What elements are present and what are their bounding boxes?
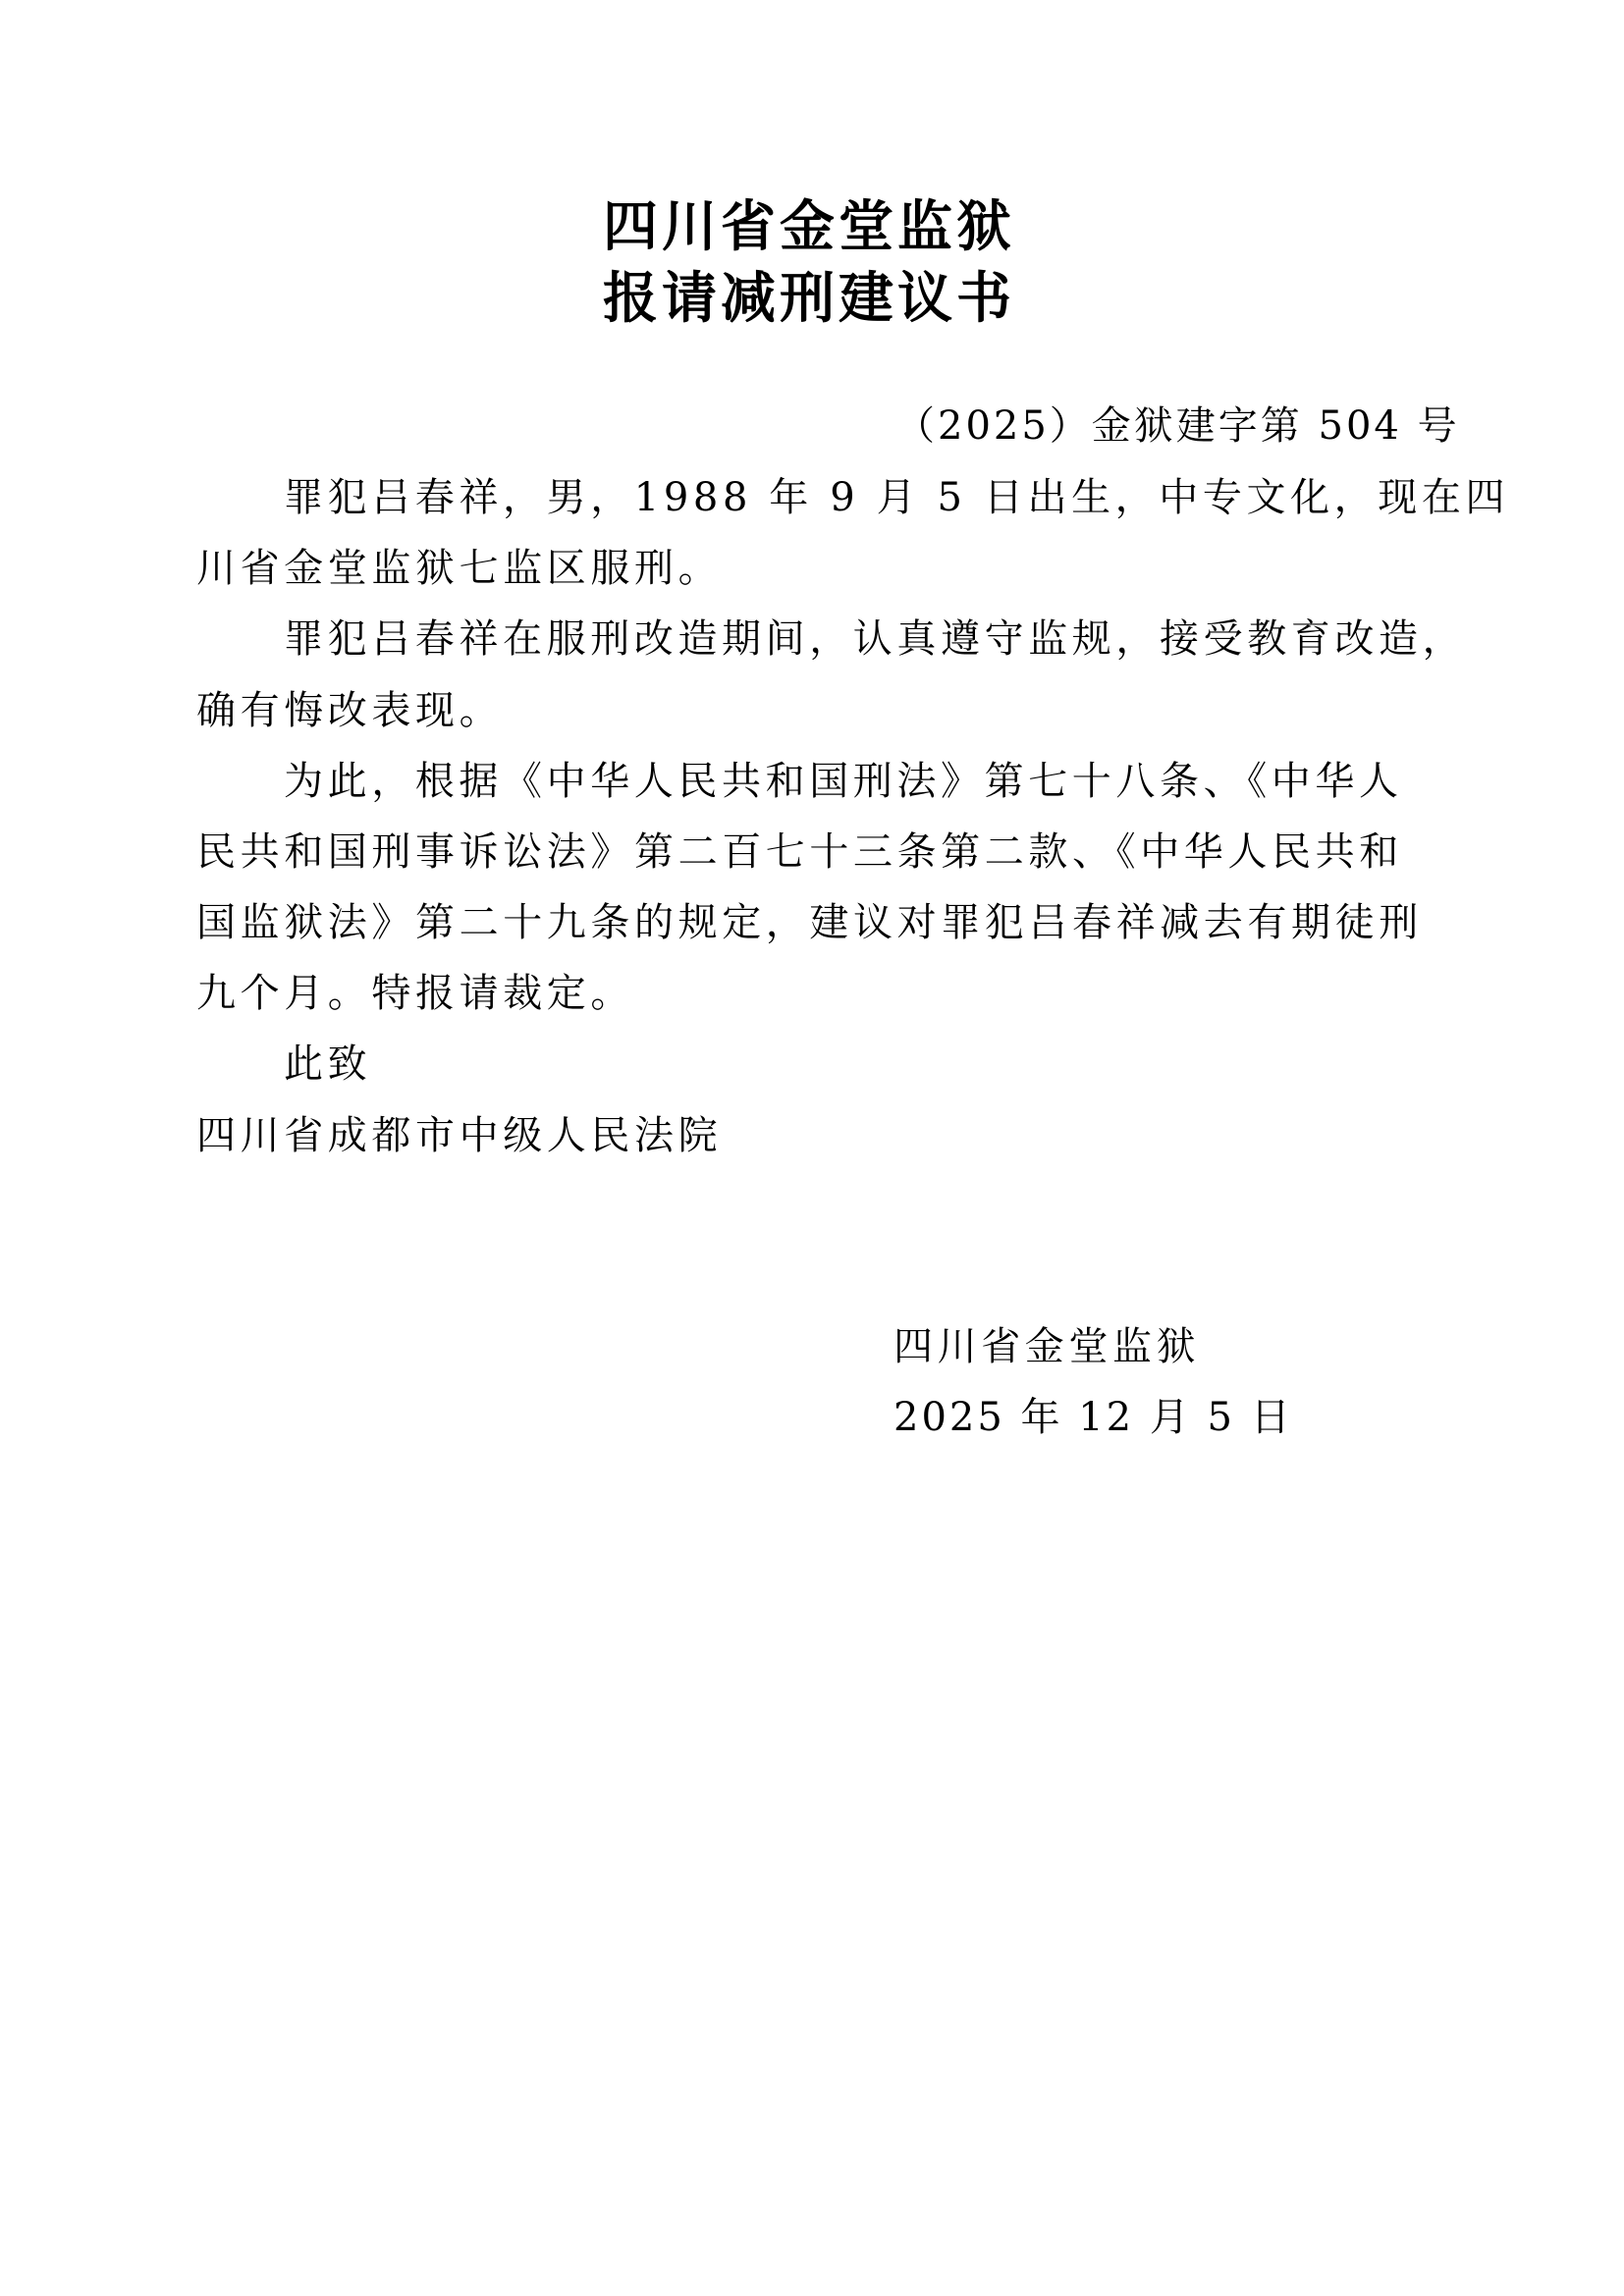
document-number: （2025）金狱建字第 504 号 bbox=[895, 397, 1460, 455]
body-line-1: 罪犯吕春祥，男，1988 年 9 月 5 日出生，中专文化，现在四 bbox=[284, 468, 1509, 527]
document-page: 四川省金堂监狱 报请减刑建议书 （2025）金狱建字第 504 号 罪犯吕春祥，… bbox=[0, 0, 1624, 2296]
signature-organization: 四川省金堂监狱 bbox=[893, 1317, 1200, 1376]
body-line-4: 确有悔改表现。 bbox=[196, 681, 503, 740]
body-line-2: 川省金堂监狱七监区服刑。 bbox=[196, 539, 722, 598]
body-line-8: 九个月。特报请裁定。 bbox=[196, 964, 634, 1023]
body-line-6: 民共和国刑事诉讼法》第二百七十三条第二款、《中华人民共和 bbox=[196, 823, 1403, 881]
document-title-line-1: 四川省金堂监狱 bbox=[603, 193, 1015, 262]
body-line-5: 为此，根据《中华人民共和国刑法》第七十八条、《中华人 bbox=[284, 752, 1403, 811]
salutation: 此致 bbox=[284, 1035, 371, 1094]
body-line-3: 罪犯吕春祥在服刑改造期间，认真遵守监规，接受教育改造， bbox=[284, 610, 1466, 668]
document-title-line-2: 报请减刑建议书 bbox=[603, 265, 1015, 334]
recipient-court: 四川省成都市中级人民法院 bbox=[196, 1106, 722, 1165]
body-line-7: 国监狱法》第二十九条的规定，建议对罪犯吕春祥减去有期徒刑 bbox=[196, 893, 1423, 952]
signature-date: 2025 年 12 月 5 日 bbox=[893, 1388, 1293, 1447]
